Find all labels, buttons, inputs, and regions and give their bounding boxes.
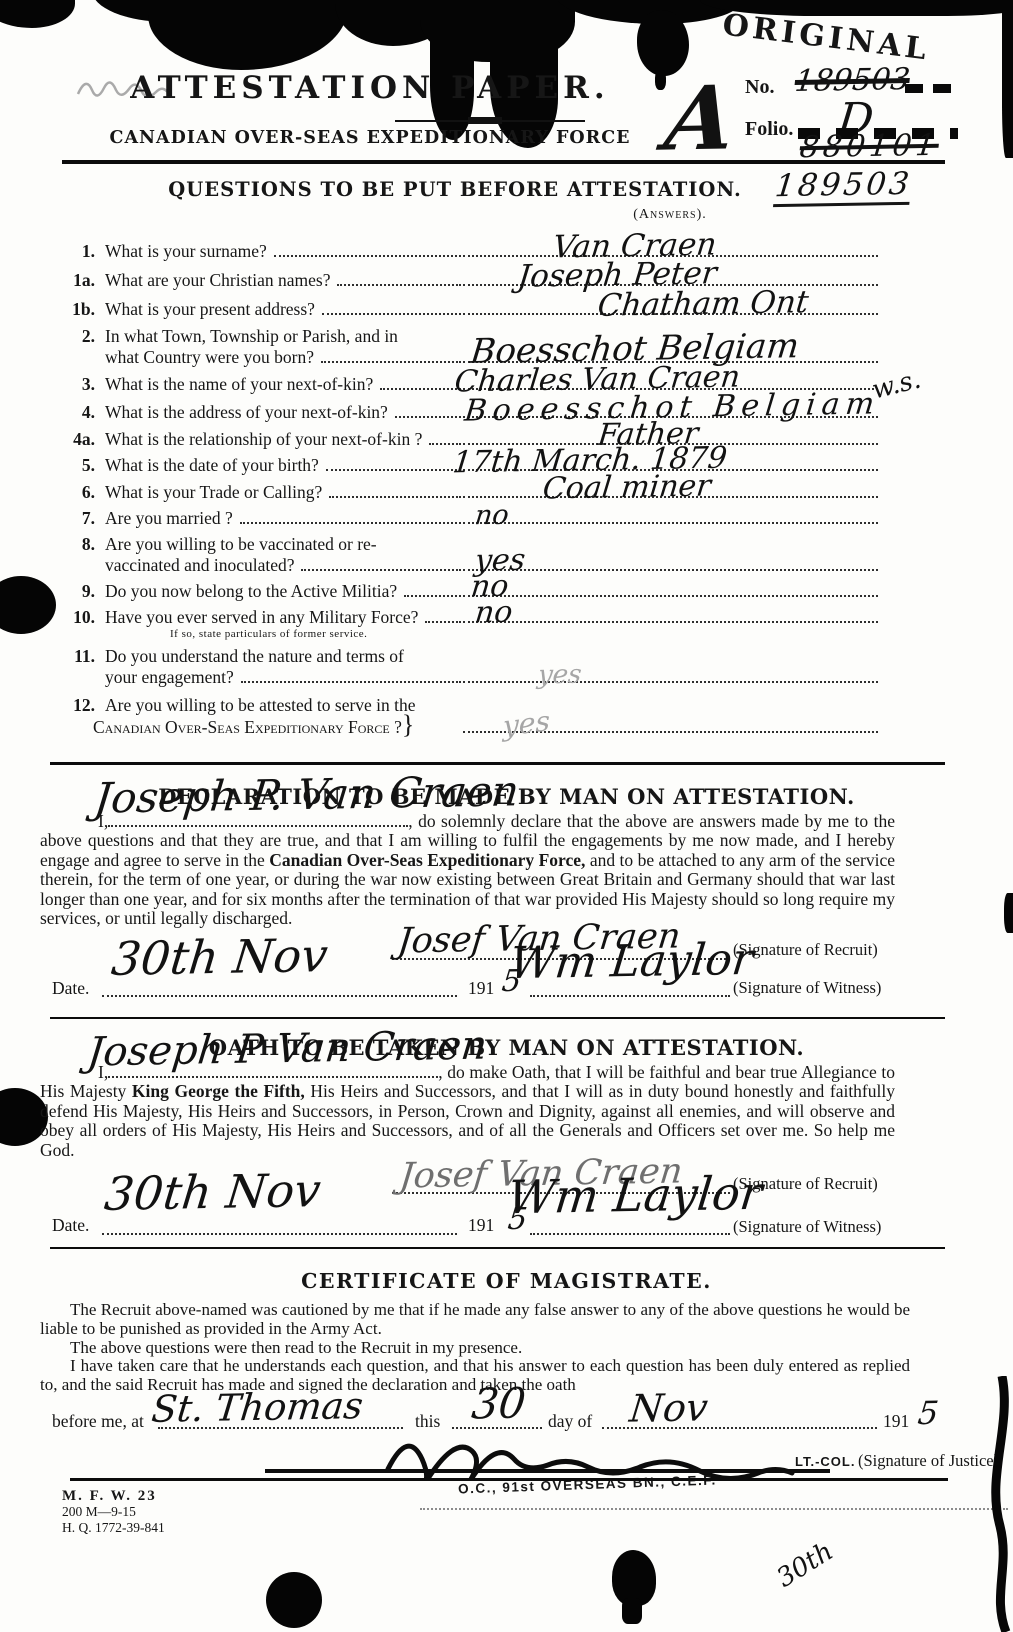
question-number: 1. (65, 241, 95, 262)
answer-line: yes (463, 731, 878, 733)
dotted-leader (380, 387, 461, 390)
big-a-mark: A (661, 73, 739, 162)
year-handwritten: 5 (916, 1397, 940, 1429)
question-text: Are you willing to be attested to serve … (105, 695, 416, 716)
punch-hole (622, 1598, 642, 1624)
question-number: 9. (65, 581, 95, 602)
dotted-leader (301, 568, 461, 571)
question-row: 10. Have you ever served in any Military… (65, 602, 878, 628)
year-printed: 191 (468, 1215, 494, 1236)
dotted-leader (425, 620, 461, 623)
question-row: 7. Are you married ? no (65, 503, 878, 529)
question-text-line2: what Country were you born? (105, 347, 314, 368)
answer-line: Chatham Ont (463, 313, 878, 315)
question-text: Do you understand the nature and terms o… (105, 646, 404, 667)
brace: } (402, 716, 414, 734)
handwritten-answer: yes (537, 662, 583, 689)
certificate-paragraph: The above questions were then read to th… (40, 1339, 910, 1358)
answer-line: yes (463, 681, 878, 683)
question-number: 7. (65, 508, 95, 529)
dotted-leader (322, 312, 461, 315)
divider (468, 117, 502, 124)
force-subtitle: CANADIAN OVER-SEAS EXPEDITIONARY FORCE (0, 128, 740, 148)
question-row: 12. Are you willing to be attested to se… (65, 688, 878, 738)
question-number: 11. (65, 646, 95, 667)
dotted-leader (241, 680, 461, 683)
oath-body: I,, do make Oath, that I will be faithfu… (40, 1063, 895, 1160)
question-number: 6. (65, 482, 95, 503)
question-row: 5. What is the date of your birth? 17th … (65, 450, 878, 476)
signature-line (530, 995, 730, 997)
answer-line: Coal miner (463, 496, 878, 498)
witness-signature: Wm Laylor (507, 938, 755, 986)
print-run-code: 200 M—9-15 (62, 1504, 165, 1520)
question-number: 5. (65, 455, 95, 476)
day-handwritten: 30 (470, 1383, 528, 1426)
no-value-handwritten: 189503 (793, 65, 911, 97)
declarant-name-handwritten: Joseph P. Van Craen (92, 770, 521, 819)
question-text: What is the name of your next-of-kin? (105, 374, 373, 395)
question-number: 4a. (65, 429, 95, 450)
edge-artifact (980, 1376, 1013, 1632)
body-bold: Canadian Over-Seas Expeditionary Force, (269, 850, 585, 870)
faint-dotted-line (420, 1508, 1008, 1510)
year-printed: 191 (468, 978, 494, 999)
strike-dashes (905, 84, 951, 93)
question-subnote: If so, state particulars of former servi… (170, 628, 878, 641)
date-line (102, 995, 457, 997)
question-text: What is the address of your next-of-kin? (105, 402, 388, 423)
questions-heading: QUESTIONS TO BE PUT BEFORE ATTESTATION. (130, 178, 780, 201)
question-text: What is the date of your birth? (105, 455, 319, 476)
dotted-leader (337, 283, 461, 286)
question-number: 1a. (65, 270, 95, 291)
question-text: What is your present address? (105, 299, 315, 320)
horizontal-rule (62, 160, 945, 164)
question-text: What are your Christian names? (105, 270, 330, 291)
question-number: 10. (65, 607, 95, 628)
question-row: 1b. What is your present address? Chatha… (65, 291, 878, 320)
horizontal-rule (50, 1247, 945, 1249)
no-label: No. (745, 76, 774, 99)
torn-edge-artifact (148, 0, 348, 70)
question-row: 2. In what Town, Township or Parish, and… (65, 320, 878, 368)
body-bold: King George the Fifth, (132, 1081, 305, 1101)
question-number: 3. (65, 374, 95, 395)
date-label: Date. (52, 1215, 89, 1236)
lt-col-stamp: LT.-COL. (795, 1454, 855, 1469)
handwritten-answer: Coal miner (541, 472, 712, 505)
signature-line (530, 1233, 730, 1235)
question-text: Are you married ? (105, 508, 233, 529)
date-label: Date. (52, 978, 89, 999)
certificate-paragraph: The Recruit above-named was cautioned by… (40, 1301, 910, 1338)
declarant-name-handwritten: Joseph P Van Craen (85, 1026, 489, 1073)
handwritten-answer: yes (503, 707, 550, 740)
question-row: 1. What is your surname? Van Craen (65, 232, 878, 262)
punch-hole (0, 576, 56, 634)
page-title: ATTESTATION PAPER. (0, 70, 740, 106)
serial-number-handwritten: 189503 (773, 169, 913, 207)
question-text-line2: Canadian Over-Seas Expeditionary Force ? (93, 717, 402, 738)
question-row: 4. What is the address of your next-of-k… (65, 395, 878, 423)
handwritten-answer: Chatham Ont (596, 287, 810, 322)
dotted-leader (404, 594, 461, 597)
declaration-section: DECLARATION TO BE MADE BY MAN ON ATTESTA… (40, 762, 973, 1017)
question-number: 12. (65, 695, 95, 716)
certificate-heading: CERTIFICATE OF MAGISTRATE. (40, 1269, 973, 1293)
dotted-leader (395, 415, 461, 418)
date-line (102, 1233, 457, 1235)
answer-line: no (463, 621, 878, 623)
original-stamp: ORIGINAL (721, 7, 932, 67)
question-number: 2. (65, 326, 95, 347)
question-row: 6. What is your Trade or Calling? Coal m… (65, 476, 878, 503)
question-row: 11. Do you understand the nature and ter… (65, 643, 878, 688)
question-text: What is your Trade or Calling? (105, 482, 322, 503)
handwritten-answer: no (473, 598, 514, 629)
torn-edge-artifact (0, 0, 75, 28)
punch-hole (266, 1572, 322, 1628)
answer-line: no (463, 522, 878, 524)
witness-signature-label: (Signature of Witness) (733, 978, 881, 998)
declaration-body: I,, do solemnly declare that the above a… (40, 812, 895, 928)
horizontal-rule (50, 1017, 945, 1019)
form-code: M. F. W. 23 (62, 1488, 165, 1504)
hq-code: H. Q. 1772-39-841 (62, 1520, 165, 1536)
folio-label: Folio. (745, 118, 793, 141)
dotted-leader (240, 521, 461, 524)
dotted-leader (274, 254, 461, 257)
question-text-line2: your engagement? (105, 667, 234, 688)
horizontal-rule (70, 1478, 948, 1481)
question-text: What is the relationship of your next-of… (105, 429, 422, 450)
certificate-section: CERTIFICATE OF MAGISTRATE. The Recruit a… (40, 1247, 973, 1478)
dotted-leader (329, 495, 461, 498)
form-codes: M. F. W. 23 200 M—9-15 H. Q. 1772-39-841 (62, 1488, 165, 1536)
question-text: Are you willing to be vaccinated or re- (105, 534, 377, 555)
edge-artifact (1002, 0, 1013, 158)
question-row: 9. Do you now belong to the Active Milit… (65, 576, 878, 602)
question-text: Have you ever served in any Military For… (105, 607, 418, 628)
witness-signature-label: (Signature of Witness) (733, 1217, 881, 1237)
before-me-label: before me, at (52, 1411, 144, 1432)
place-handwritten: St. Thomas (150, 1387, 365, 1428)
oath-section: OATH TO BE TAKEN BY MAN ON ATTESTATION. … (40, 1017, 973, 1247)
question-text: Do you now belong to the Active Militia? (105, 581, 397, 602)
date-handwritten: 30th Nov (102, 1167, 322, 1217)
signature-underline (265, 1469, 830, 1473)
answer-line: no (463, 595, 878, 597)
bottom-note-handwritten: 30th (773, 1538, 838, 1592)
horizontal-rule (50, 762, 945, 765)
answers-label: (Answers). (560, 207, 780, 223)
answer-line: yes (463, 569, 878, 571)
year-printed: 191 (883, 1411, 909, 1432)
edge-artifact (1004, 893, 1013, 933)
dotted-leader (321, 360, 461, 363)
handwritten-answer: no (474, 502, 511, 530)
question-text: What is your surname? (105, 241, 267, 262)
question-text: In what Town, Township or Parish, and in (105, 326, 398, 347)
folio-crossed-number: 880101 (798, 131, 940, 163)
question-text-line2: vaccinated and inoculated? (105, 555, 294, 576)
question-number: 8. (65, 534, 95, 555)
questions-list: 1. What is your surname? Van Craen 1a. W… (65, 232, 878, 738)
dotted-leader (326, 468, 461, 471)
question-number: 1b. (65, 299, 95, 320)
question-row: 8. Are you willing to be vaccinated or r… (65, 529, 878, 576)
witness-signature: Wm Laylor (505, 1170, 764, 1220)
attestation-paper-page: ORIGINAL ATTESTATION PAPER. CANADIAN OVE… (0, 0, 1013, 1632)
question-number: 4. (65, 402, 95, 423)
date-handwritten: 30th Nov (109, 932, 329, 982)
justice-signature-label: (Signature of Justice) (858, 1451, 999, 1471)
